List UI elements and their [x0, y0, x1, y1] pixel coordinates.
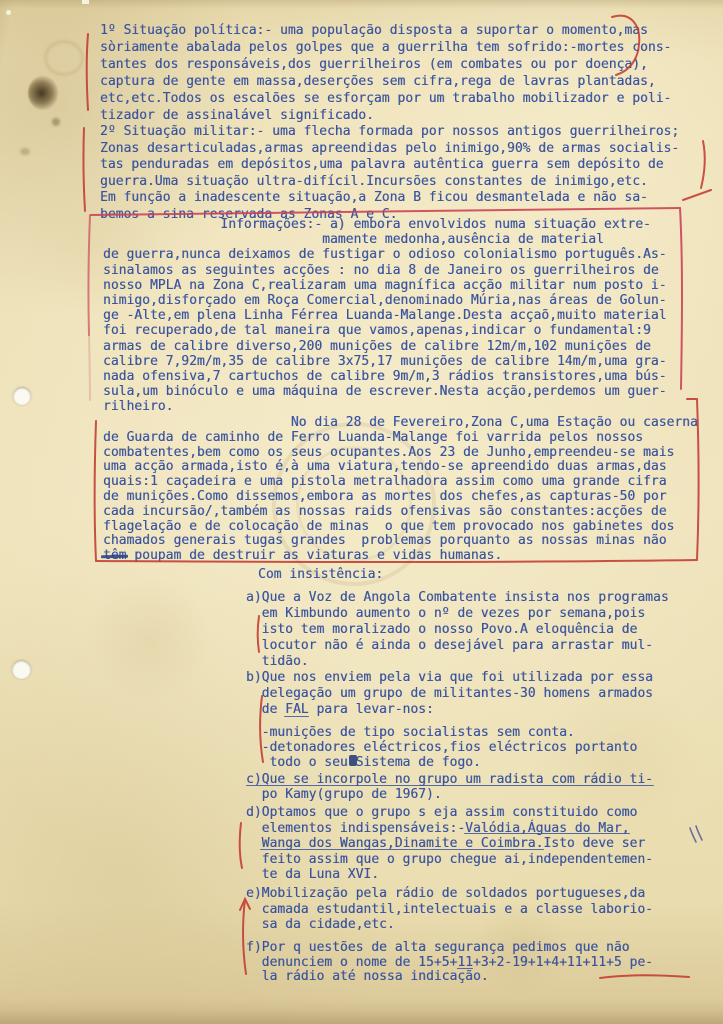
red-margin-line-p2-right — [701, 141, 705, 188]
item-e: e)Mobilização pela rádio de soldados por… — [246, 886, 653, 933]
punch-hole-bottom — [12, 660, 31, 679]
paragraph-situacao-militar: 2º Situação militar:- uma flecha formada… — [100, 124, 679, 224]
item-a: a)Que a Voz de Angola Combatente insista… — [246, 590, 669, 670]
item-f: f)Por q uestões de alta segurança pedimo… — [246, 941, 653, 985]
typed-overstrike-blot — [349, 755, 357, 766]
paper-tear — [6, 10, 11, 15]
small-stain — [20, 148, 30, 155]
document-page: 1º Situação política:- uma população dis… — [0, 0, 723, 1024]
item-d: d)Optamos que o grupo s eja assim consti… — [246, 805, 653, 883]
paragraph-situacao-politica: 1º Situação política:- uma população dis… — [100, 22, 671, 124]
red-margin-line-p1 — [87, 34, 88, 110]
strikethrough-tem — [101, 555, 128, 558]
informacoes-paragraph-2: No dia 28 de Fevereiro,Zona C,uma Estaçã… — [103, 416, 698, 564]
red-box2-left — [95, 421, 96, 561]
double-slash-mark-1 — [690, 828, 696, 842]
red-box1-left-faint — [89, 335, 90, 400]
ink-stain — [28, 76, 58, 110]
double-slash-mark-2 — [696, 826, 702, 840]
red-tick-p2-right — [683, 190, 711, 200]
small-stain — [52, 118, 60, 126]
item-b: b)Que nos enviem pela via que foi utiliz… — [246, 670, 653, 718]
paper-tear — [82, 0, 89, 4]
informacoes-paragraph-1: Informações:- a) embora envolvidos numa … — [103, 217, 667, 415]
item-b-sublist: -munições de tipo socialistas sem conta.… — [246, 725, 637, 770]
red-margin-line-p2 — [83, 128, 85, 211]
red-box1-right — [680, 208, 682, 389]
item-c: c)Que se incorpole no grupo um radista c… — [246, 772, 653, 802]
red-margin-line-item-d — [240, 823, 242, 868]
water-ring-stain — [44, 40, 84, 76]
punch-hole-top — [13, 387, 31, 405]
red-box1-left — [88, 215, 90, 335]
insistence-heading: Com insistência: — [258, 567, 383, 583]
